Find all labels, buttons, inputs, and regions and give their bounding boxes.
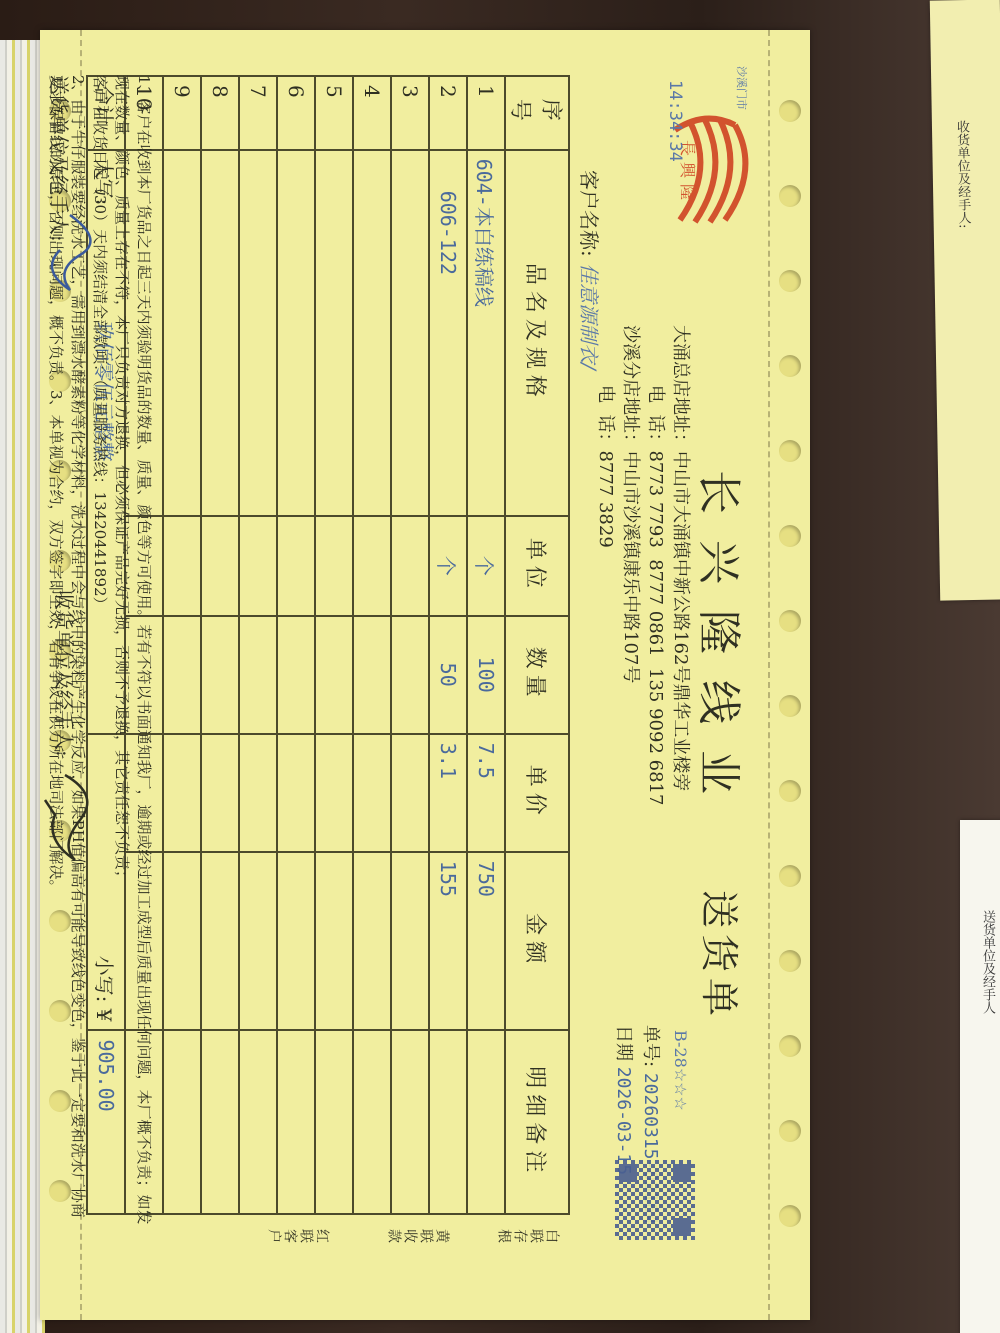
sprocket-hole	[779, 270, 801, 292]
receiver-signature-label: 收货单位及经手人:	[51, 590, 80, 757]
table-row: 7	[239, 76, 277, 1214]
col-header-qty: 数量	[505, 616, 569, 734]
cell-name: 606-122	[429, 150, 467, 516]
col-header-price: 单价	[505, 734, 569, 852]
table-row: 6	[277, 76, 315, 1214]
delivery-note: 沙溪门市 長興隆 14:34:34 长兴隆线业 送货单 大涌总店地址：中山市大涌…	[40, 30, 810, 1320]
sprocket-hole	[779, 185, 801, 207]
order-number-label: 单号:	[640, 1025, 661, 1067]
print-time: 14:34:34	[665, 80, 685, 162]
order-date-value: 2026-03-15	[613, 1067, 634, 1175]
form-code: B-28☆☆☆	[671, 1030, 690, 1111]
sprocket-hole	[779, 865, 801, 887]
sprocket-hole	[779, 1120, 801, 1142]
sprocket-hole	[779, 440, 801, 462]
company-name: 长兴隆线业	[691, 470, 755, 820]
company-logo-icon	[645, 110, 755, 230]
term-1: 1、客户在收到本厂货品之日起三天内须验明货品的数量、质量、颜色等方可使用。若有不…	[111, 75, 155, 1225]
cell-unit: 个	[429, 516, 467, 616]
col-header-seq: 序号	[505, 76, 569, 150]
document-type-title: 送货单	[695, 890, 750, 1022]
qr-code-icon	[615, 1160, 695, 1240]
adjacent-receipt-bottom: 送货单位及经手人	[960, 820, 1000, 1333]
cell-seq: 2	[429, 76, 467, 150]
cell-seq: 1	[467, 76, 505, 150]
cell-note	[467, 1030, 505, 1214]
sprocket-hole	[779, 780, 801, 802]
adjacent-receiver-label: 收货单位及经手人:	[952, 120, 973, 229]
logo-caption: 沙溪门市	[734, 66, 750, 110]
cell-seq: 9	[163, 76, 201, 150]
table-row: 3	[391, 76, 429, 1214]
col-header-unit: 单位	[505, 516, 569, 616]
table-row: 5	[315, 76, 353, 1214]
table-header-row: 序号 品名及规格 单位 数量 单价 金额 明细备注	[505, 76, 569, 1214]
cell-unit: 个	[467, 516, 505, 616]
cell-amount: 750	[467, 852, 505, 1031]
branch-store-phone: 电 话：8777 3829	[594, 385, 620, 548]
delivery-note-wrapper: 沙溪门市 長興隆 14:34:34 长兴隆线业 送货单 大涌总店地址：中山市大涌…	[40, 30, 810, 1320]
branch-store-address: 沙溪分店地址：中山市沙溪镇康乐中路107号	[619, 325, 645, 683]
cell-price: 7.5	[467, 734, 505, 852]
copy-label-yellow: 黄联收款	[386, 1225, 450, 1245]
paper-stack-edge	[0, 40, 45, 1333]
cell-seq: 5	[315, 76, 353, 150]
sprocket-hole	[779, 355, 801, 377]
sprocket-hole	[779, 950, 801, 972]
items-table: 序号 品名及规格 单位 数量 单价 金额 明细备注 1 604-本白练稿线 个 …	[86, 75, 570, 1215]
customer-field: 客户名称: 佳意源制衣/	[576, 170, 605, 370]
cell-seq: 8	[201, 76, 239, 150]
copy-label-red: 红联客户	[266, 1225, 330, 1245]
customer-name: 佳意源制衣/	[577, 263, 601, 370]
main-store-address: 大涌总店地址：中山市大涌镇中新公路162号鼎华工业楼旁	[669, 325, 695, 791]
perforation-strip-top	[768, 30, 810, 1320]
adjacent-delivery-label: 送货单位及经手人	[978, 910, 997, 1014]
table-row: 9	[163, 76, 201, 1214]
receiver-signature-scribble	[40, 770, 110, 870]
order-date-label: 日期	[613, 1025, 634, 1061]
sprocket-hole	[779, 610, 801, 632]
sprocket-hole	[779, 1205, 801, 1227]
cell-seq: 3	[391, 76, 429, 150]
cell-amount: 155	[429, 852, 467, 1031]
sprocket-hole	[779, 695, 801, 717]
order-date: 日期 2026-03-15	[612, 1025, 638, 1175]
col-header-amount: 金额	[505, 852, 569, 1031]
col-header-note: 明细备注	[505, 1030, 569, 1214]
table-row: 2 606-122 个 50 3.1 155	[429, 76, 467, 1214]
table-row: 1 604-本白练稿线 个 100 7.5 750	[467, 76, 505, 1214]
cell-qty: 100	[467, 616, 505, 734]
cell-seq: 7	[239, 76, 277, 150]
sprocket-hole	[779, 100, 801, 122]
col-header-name: 品名及规格	[505, 150, 569, 516]
cell-price: 3.1	[429, 734, 467, 852]
table-row: 4	[353, 76, 391, 1214]
sprocket-hole	[779, 525, 801, 547]
cell-seq: 4	[353, 76, 391, 150]
table-row: 8	[201, 76, 239, 1214]
copy-label-white: 白联存根	[496, 1225, 560, 1245]
sprocket-hole	[779, 1035, 801, 1057]
cell-name: 604-本白练稿线	[467, 150, 505, 516]
delivery-signature-scribble	[40, 210, 110, 300]
cell-qty: 50	[429, 616, 467, 734]
adjacent-receipt-top: 收货单位及经手人:	[930, 0, 1000, 601]
customer-label: 客户名称:	[577, 170, 601, 257]
cell-note	[429, 1030, 467, 1214]
main-store-phone: 电 话：8773 7793 8777 0861 135 9092 6817	[644, 385, 670, 805]
cell-seq: 6	[277, 76, 315, 150]
